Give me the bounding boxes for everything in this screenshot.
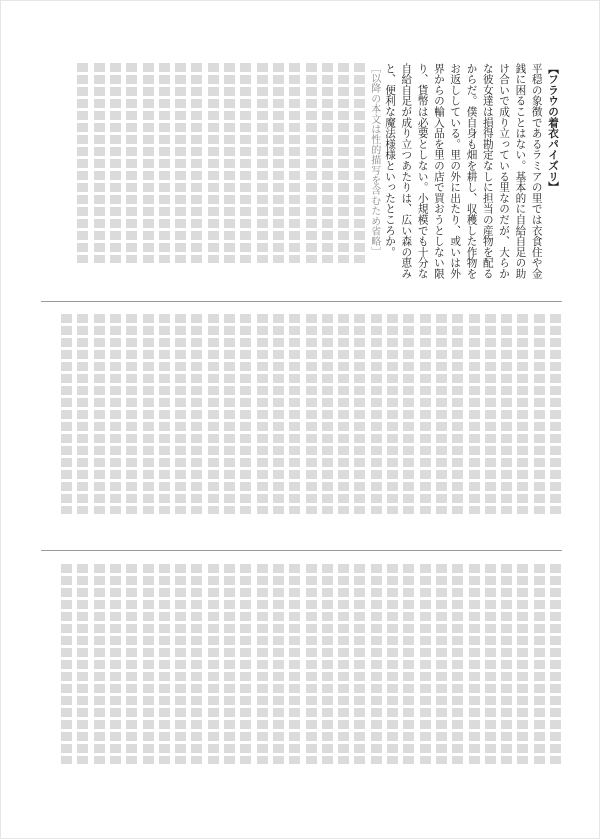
redacted-text-column bbox=[94, 63, 105, 263]
redacted-text-column bbox=[175, 63, 186, 263]
redacted-text-column bbox=[273, 314, 284, 514]
redacted-text-column bbox=[469, 314, 480, 514]
redacted-text-column bbox=[501, 314, 512, 514]
redacted-text-column bbox=[126, 314, 137, 514]
redacted-text-column bbox=[126, 63, 137, 263]
redacted-text-column bbox=[77, 564, 88, 764]
redacted-text-column bbox=[306, 314, 317, 514]
redacted-columns bbox=[58, 564, 559, 764]
redaction-note: ［以降の本文は性的描写を含むため省略］ bbox=[365, 63, 381, 279]
redacted-text-column bbox=[257, 63, 268, 263]
redacted-text-column bbox=[159, 314, 170, 514]
redacted-text-column bbox=[110, 564, 121, 764]
redacted-text-column bbox=[354, 314, 365, 514]
redacted-text-column bbox=[436, 314, 447, 514]
document-page: 【フラウの着衣パイズリ】 平穏の象徴であるラミアの里では衣食住や金銭に困ることは… bbox=[0, 0, 600, 839]
redacted-text-column bbox=[191, 314, 202, 514]
redacted-text-column bbox=[224, 63, 235, 263]
redacted-text-column bbox=[354, 63, 365, 263]
redacted-columns bbox=[74, 63, 363, 263]
redacted-text-column bbox=[240, 564, 251, 764]
text-band-middle bbox=[41, 314, 561, 536]
redacted-text-column bbox=[143, 564, 154, 764]
redacted-columns bbox=[58, 314, 559, 514]
redacted-text-column bbox=[224, 564, 235, 764]
redacted-text-column bbox=[191, 63, 202, 263]
redacted-text-column bbox=[387, 314, 398, 514]
redacted-text-column bbox=[403, 314, 414, 514]
redacted-text-column bbox=[420, 564, 431, 764]
redacted-text-column bbox=[61, 564, 72, 764]
redacted-text-column bbox=[110, 63, 121, 263]
redacted-text-column bbox=[550, 564, 561, 764]
redacted-text-column bbox=[191, 564, 202, 764]
redacted-text-column bbox=[338, 63, 349, 263]
redacted-text-column bbox=[534, 314, 545, 514]
redacted-text-column bbox=[126, 564, 137, 764]
redacted-text-column bbox=[485, 564, 496, 764]
redacted-text-column bbox=[208, 63, 219, 263]
redacted-text-column bbox=[387, 564, 398, 764]
redacted-text-column bbox=[240, 314, 251, 514]
redacted-text-column bbox=[224, 314, 235, 514]
redacted-text-column bbox=[322, 63, 333, 263]
redacted-text-column bbox=[159, 564, 170, 764]
opening-paragraph: 平穏の象徴であるラミアの里では衣食住や金銭に困ることはない。基本的に自給自足の助… bbox=[382, 63, 545, 279]
redacted-text-column bbox=[436, 564, 447, 764]
redacted-text-column bbox=[338, 564, 349, 764]
redacted-text-column bbox=[371, 564, 382, 764]
redacted-text-column bbox=[469, 564, 480, 764]
redacted-text-column bbox=[403, 564, 414, 764]
redacted-text-column bbox=[257, 314, 268, 514]
redacted-text-column bbox=[534, 564, 545, 764]
redacted-text-column bbox=[452, 314, 463, 514]
redacted-text-column bbox=[175, 314, 186, 514]
redacted-text-column bbox=[289, 564, 300, 764]
redacted-text-column bbox=[289, 63, 300, 263]
redacted-text-column bbox=[61, 314, 72, 514]
redacted-text-column bbox=[306, 564, 317, 764]
redacted-text-column bbox=[77, 314, 88, 514]
redacted-text-column bbox=[322, 564, 333, 764]
redacted-text-column bbox=[517, 564, 528, 764]
redacted-text-column bbox=[371, 314, 382, 514]
redacted-text-column bbox=[485, 314, 496, 514]
redacted-text-column bbox=[354, 564, 365, 764]
redacted-text-column bbox=[452, 564, 463, 764]
text-band-top: 【フラウの着衣パイズリ】 平穏の象徴であるラミアの里では衣食住や金銭に困ることは… bbox=[41, 63, 561, 279]
redacted-text-column bbox=[306, 63, 317, 263]
redacted-text-column bbox=[208, 564, 219, 764]
redacted-text-column bbox=[143, 63, 154, 263]
section-divider bbox=[41, 301, 562, 302]
redacted-text-column bbox=[94, 314, 105, 514]
redacted-text-column bbox=[273, 564, 284, 764]
redacted-text-column bbox=[143, 314, 154, 514]
redacted-text-column bbox=[94, 564, 105, 764]
section-divider bbox=[41, 550, 562, 551]
redacted-text-column bbox=[550, 314, 561, 514]
redacted-text-column bbox=[159, 63, 170, 263]
redacted-text-column bbox=[322, 314, 333, 514]
redacted-text-column bbox=[208, 314, 219, 514]
redacted-text-column bbox=[501, 564, 512, 764]
redacted-text-column bbox=[517, 314, 528, 514]
redacted-text-column bbox=[240, 63, 251, 263]
redacted-text-column bbox=[273, 63, 284, 263]
redacted-text-column bbox=[77, 63, 88, 263]
redacted-text-column bbox=[257, 564, 268, 764]
redacted-text-column bbox=[110, 314, 121, 514]
text-band-bottom bbox=[41, 564, 561, 786]
chapter-title: 【フラウの着衣パイズリ】 bbox=[547, 63, 559, 193]
redacted-text-column bbox=[175, 564, 186, 764]
redacted-text-column bbox=[289, 314, 300, 514]
redacted-text-column bbox=[338, 314, 349, 514]
redacted-text-column bbox=[420, 314, 431, 514]
